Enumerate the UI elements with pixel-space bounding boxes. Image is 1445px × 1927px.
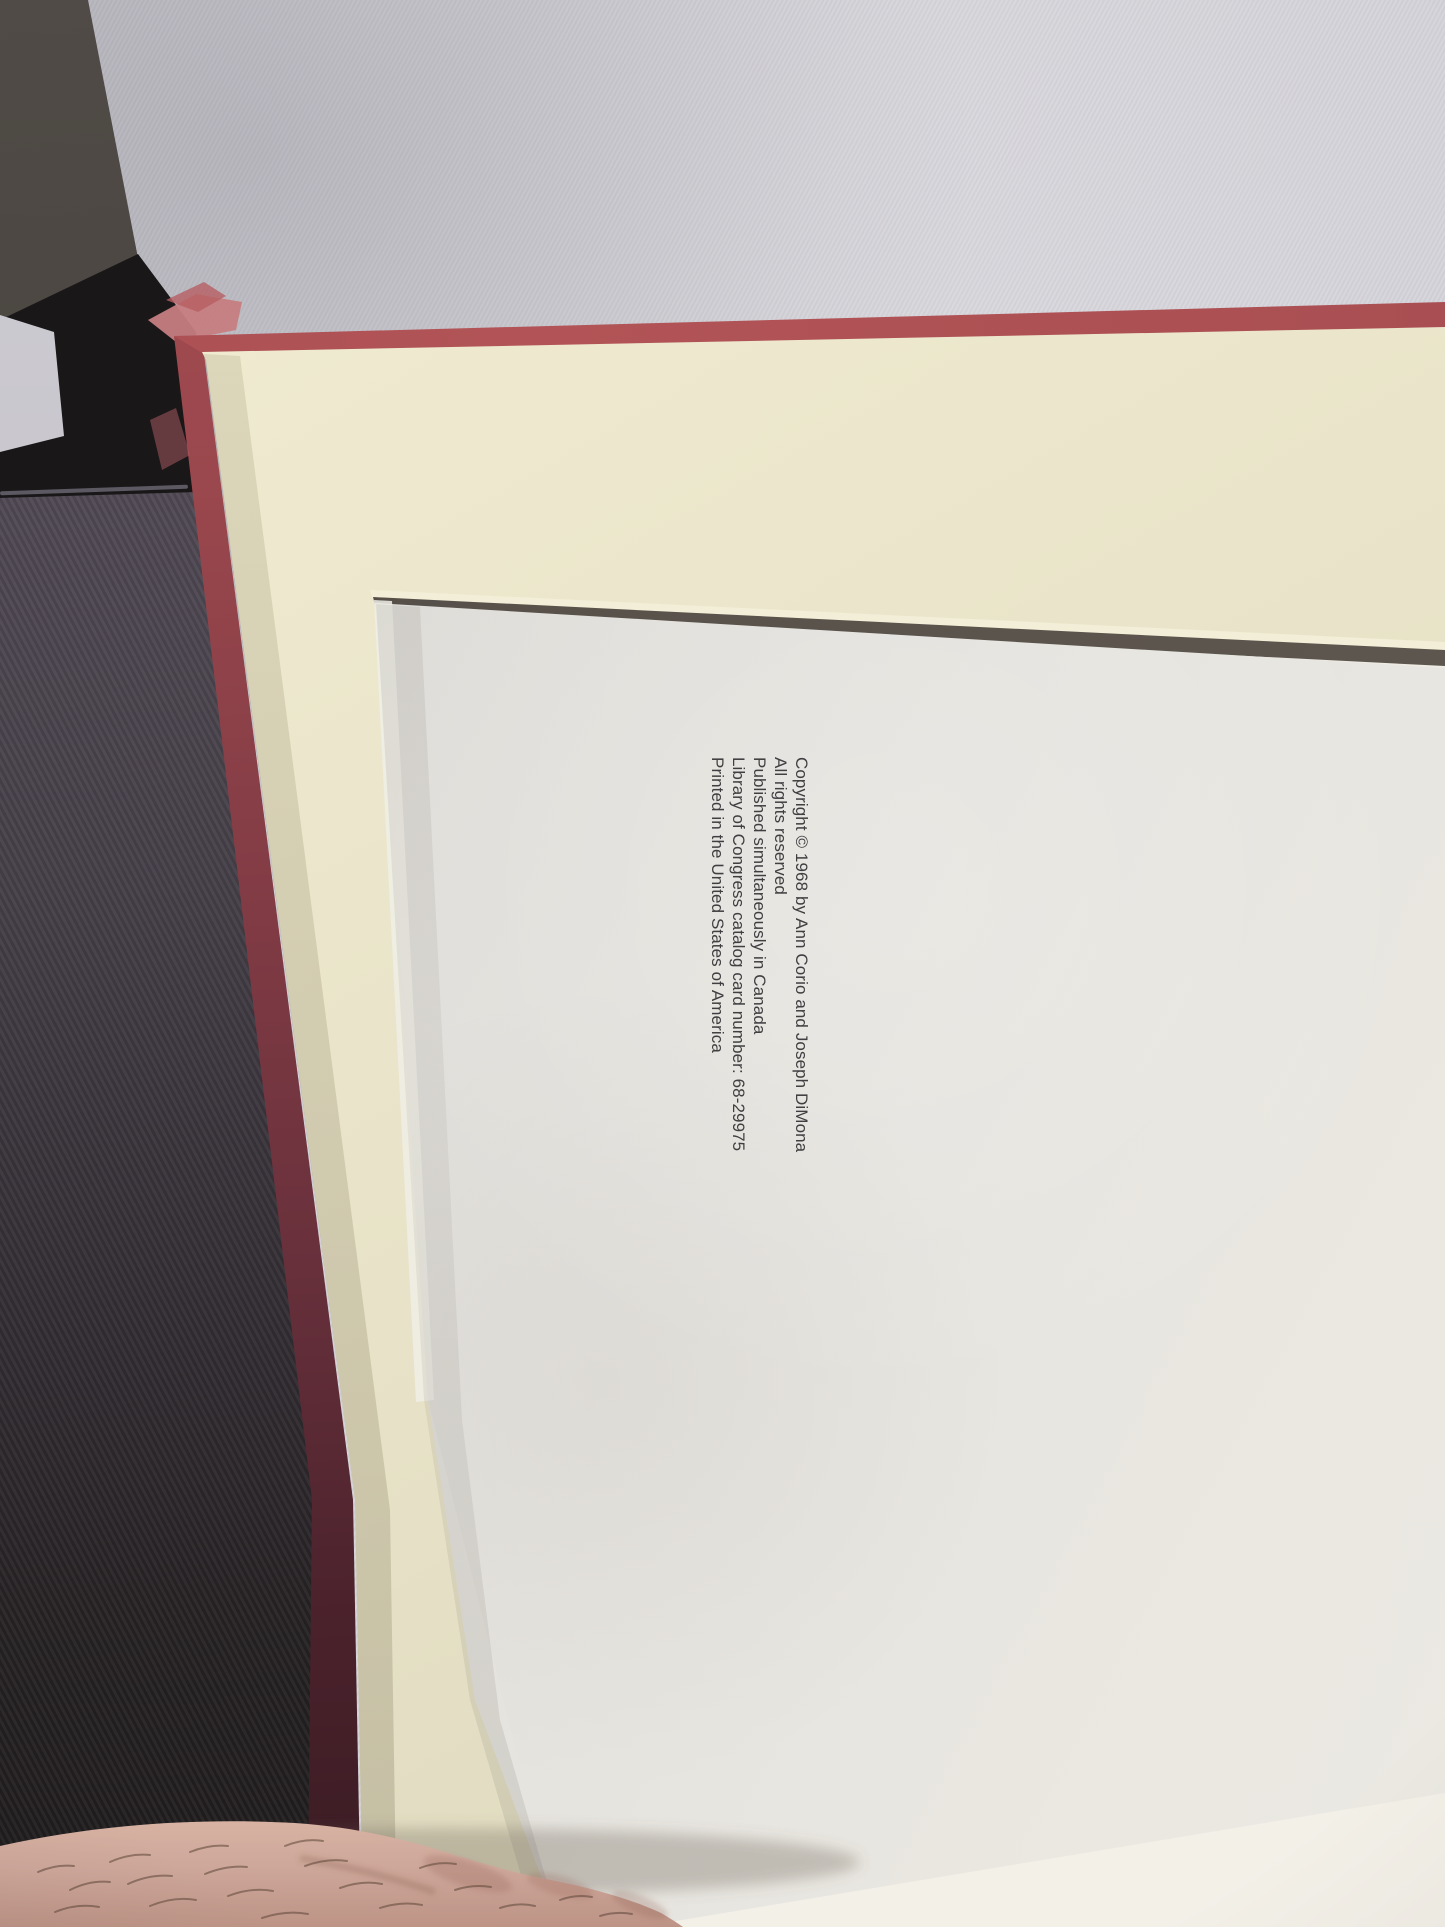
- copyright-line: Printed in the United States of America: [707, 757, 728, 1232]
- copyright-line: Library of Congress catalog card number:…: [728, 757, 749, 1232]
- copyright-line: Published simultaneously in Canada: [749, 757, 770, 1232]
- copyright-line: Copyright © 1968 by Ann Corio and Joseph…: [791, 757, 812, 1232]
- copyright-text-block: Copyright © 1968 by Ann Corio and Joseph…: [707, 757, 812, 1232]
- book-photo: Copyright © 1968 by Ann Corio and Joseph…: [0, 0, 1445, 1927]
- copyright-line: All rights reserved: [770, 757, 791, 1232]
